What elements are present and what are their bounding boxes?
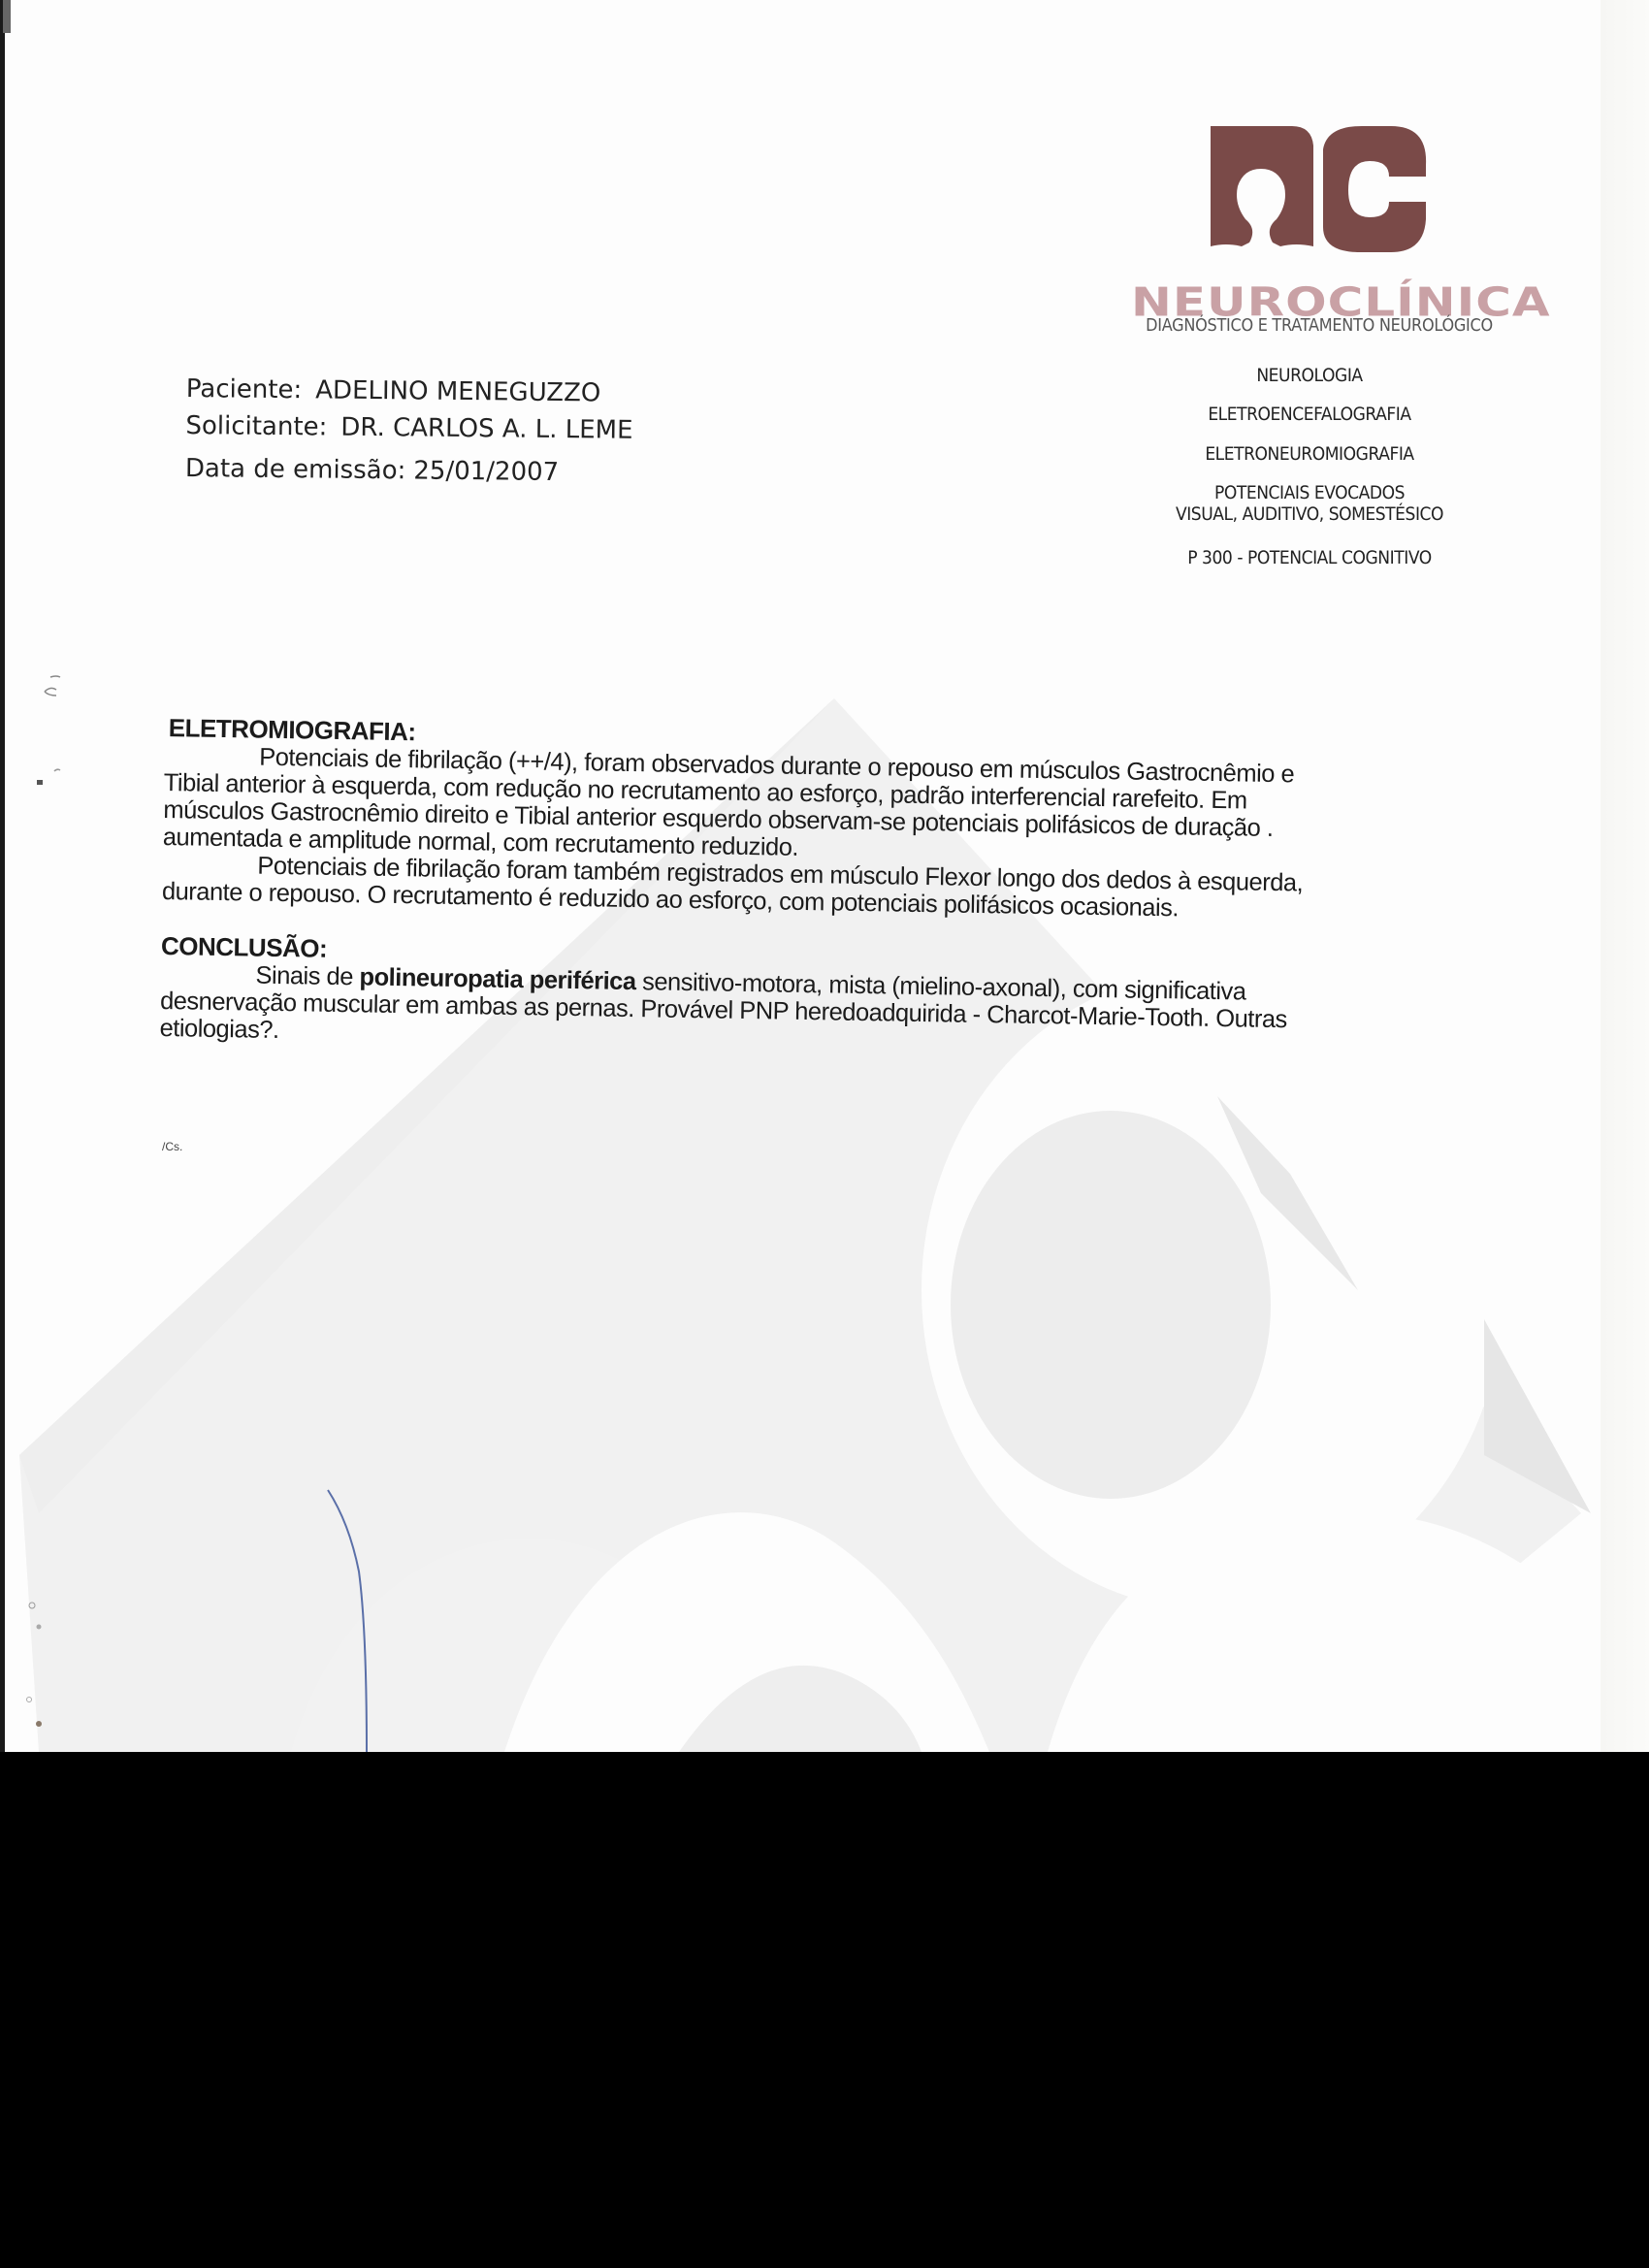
issue-date-row: Data de emissão:25/01/2007 bbox=[185, 454, 560, 487]
report-body: ELETROMIOGRAFIA: Potenciais de fibrilaçã… bbox=[165, 713, 1455, 734]
patient-name: ADELINO MENEGUZZO bbox=[315, 375, 600, 407]
requester-name: DR. CARLOS A. L. LEME bbox=[340, 413, 632, 445]
issue-date: 25/01/2007 bbox=[413, 456, 559, 487]
scanned-page: NEUROCLÍNICA DIAGNÓSTICO E TRATAMENTO NE… bbox=[0, 0, 1649, 1752]
conclusion-heading: CONCLUSÃO: bbox=[161, 931, 328, 964]
patient-label: Paciente: bbox=[186, 374, 303, 405]
service-item: ELETRONEUROMIOGRAFIA bbox=[1135, 443, 1484, 465]
service-item: NEUROLOGIA bbox=[1135, 365, 1484, 386]
service-item: ELETROENCEFALOGRAFIA bbox=[1135, 404, 1484, 425]
conclusion-line: etiologias?. bbox=[159, 1015, 278, 1045]
issue-date-label: Data de emissão: bbox=[185, 454, 406, 485]
requester-label: Solicitante: bbox=[185, 411, 327, 442]
clinic-tagline: DIAGNÓSTICO E TRATAMENTO NEUROLÓGICO bbox=[1141, 316, 1498, 336]
scan-right-edge bbox=[1600, 0, 1649, 1752]
emg-heading: ELETROMIOGRAFIA: bbox=[168, 713, 415, 747]
requester-row: Solicitante:DR. CARLOS A. L. LEME bbox=[185, 411, 632, 445]
signature-stroke-icon bbox=[320, 1484, 398, 1752]
service-item: P 300 - POTENCIAL COGNITIVO bbox=[1135, 547, 1484, 568]
scan-specks bbox=[0, 0, 116, 1752]
service-item: VISUAL, AUDITIVO, SOMESTÉSICO bbox=[1135, 503, 1484, 525]
conclusion-prefix: Sinais de bbox=[255, 962, 359, 991]
service-item: POTENCIAIS EVOCADOS bbox=[1135, 482, 1484, 503]
patient-row: Paciente:ADELINO MENEGUZZO bbox=[186, 374, 601, 407]
nc-logo-icon bbox=[1207, 122, 1432, 258]
typist-initials: /Cs. bbox=[162, 1140, 182, 1153]
